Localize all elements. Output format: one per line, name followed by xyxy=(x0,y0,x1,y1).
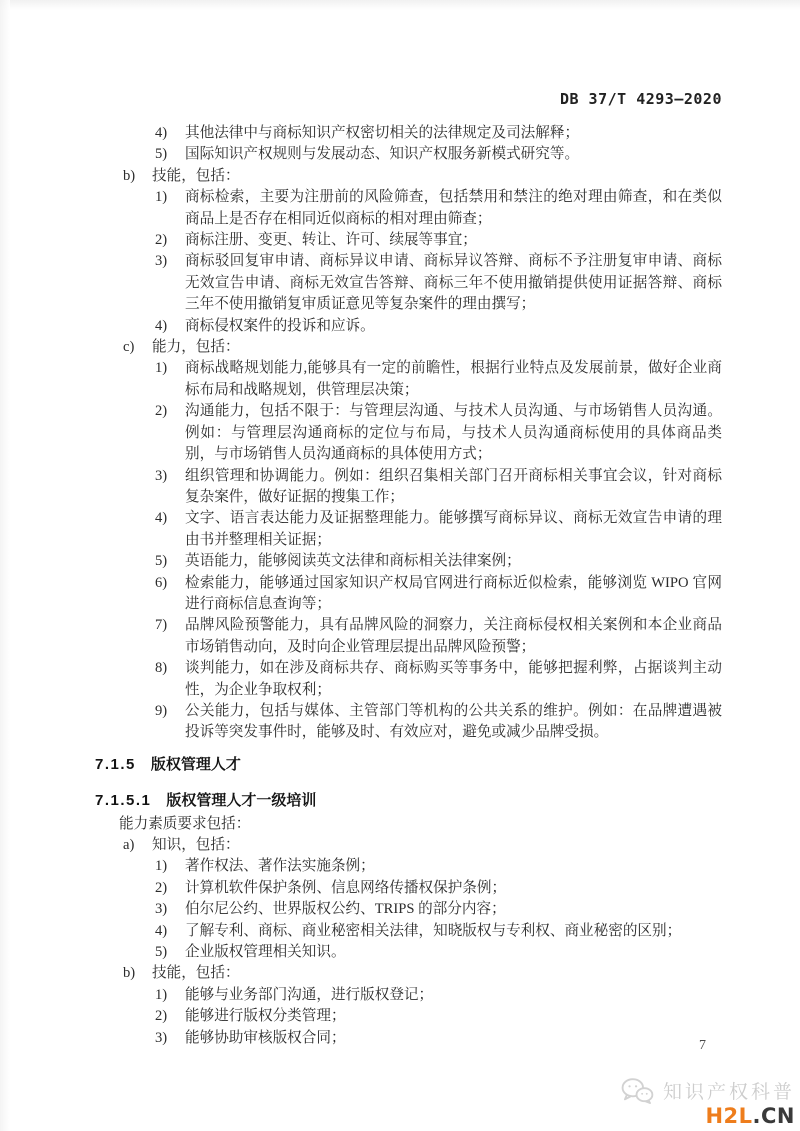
item-text: 组织管理和协调能力。例如：组织召集相关部门召开商标相关事宜会议，针对商标复杂案件… xyxy=(185,466,722,509)
list-item: 1)商标检索，主要为注册前的风险筛查，包括禁用和禁注的绝对理由筛查，和在类似商品… xyxy=(95,187,722,230)
list-item: 2)计算机软件保护条例、信息网络传播权保护条例； xyxy=(95,878,722,899)
watermark: 知识产权科普 H2L.CN xyxy=(620,1077,795,1127)
item-label: b) xyxy=(123,166,152,187)
item-label: c) xyxy=(123,337,152,358)
item-label: 2) xyxy=(155,878,185,899)
item-label: 1) xyxy=(155,358,185,401)
scan-edge-top xyxy=(0,0,800,10)
item-label: b) xyxy=(123,963,152,984)
item-text: 能够进行版权分类管理； xyxy=(185,1006,722,1027)
item-label: 8) xyxy=(155,658,185,701)
list-item: 5)国际知识产权规则与发展动态、知识产权服务新模式研究等。 xyxy=(95,144,722,165)
item-text: 技能，包括： xyxy=(152,166,722,187)
item-label: 3) xyxy=(155,251,185,315)
item-text: 谈判能力，如在涉及商标共存、商标购买等事务中，能够把握利弊，占据谈判主动性，为企… xyxy=(185,658,722,701)
item-text: 著作权法、著作法实施条例； xyxy=(185,856,722,877)
section-title: 版权管理人才 xyxy=(151,756,241,773)
document-page: DB 37/T 4293—2020 4)其他法律中与商标知识产权密切相关的法律规… xyxy=(0,0,800,1131)
list-item: 7)品牌风险预警能力，具有品牌风险的洞察力，关注商标侵权相关案例和本企业商品市场… xyxy=(95,615,722,658)
item-label: 2) xyxy=(155,401,185,465)
item-text: 商标侵权案件的投诉和应诉。 xyxy=(185,316,722,337)
section-number: 7.1.5.1 xyxy=(95,792,151,809)
item-text: 企业版权管理相关知识。 xyxy=(185,942,722,963)
section-heading: 7.1.5.1版权管理人才一级培训 xyxy=(95,790,722,811)
wechat-icon xyxy=(620,1077,654,1104)
item-text: 检索能力，能够通过国家知识产权局官网进行商标近似检索，能够浏览 WIPO 官网进… xyxy=(185,573,722,616)
list-item: 3)商标驳回复审申请、商标异议申请、商标异议答辩、商标不予注册复审申请、商标无效… xyxy=(95,251,722,315)
list-item: 6)检索能力，能够通过国家知识产权局官网进行商标近似检索，能够浏览 WIPO 官… xyxy=(95,573,722,616)
list-item: 3)伯尔尼公约、世界版权公约、TRIPS 的部分内容； xyxy=(95,899,722,920)
list-item: 5)企业版权管理相关知识。 xyxy=(95,942,722,963)
list-item: 8)谈判能力，如在涉及商标共存、商标购买等事务中，能够把握利弊，占据谈判主动性，… xyxy=(95,658,722,701)
item-text: 能力，包括： xyxy=(152,337,722,358)
brand-suffix: .CN xyxy=(753,1104,795,1128)
list-item: 4)了解专利、商标、商业秘密相关法律，知晓版权与专利权、商业秘密的区别； xyxy=(95,921,722,942)
item-text: 知识，包括： xyxy=(152,835,722,856)
list-item: a)知识，包括： xyxy=(95,835,722,856)
item-label: 6) xyxy=(155,573,185,616)
item-text: 国际知识产权规则与发展动态、知识产权服务新模式研究等。 xyxy=(185,144,722,165)
item-label: 2) xyxy=(155,230,185,251)
section-number: 7.1.5 xyxy=(95,756,136,773)
list-item: 2)沟通能力，包括不限于：与管理层沟通、与技术人员沟通、与市场销售人员沟通。例如… xyxy=(95,401,722,465)
item-text: 能够与业务部门沟通，进行版权登记； xyxy=(185,985,722,1006)
watermark-row: 知识产权科普 xyxy=(620,1077,795,1104)
scan-edge-left xyxy=(0,0,10,1131)
item-label: 4) xyxy=(155,316,185,337)
list-item: 3)组织管理和协调能力。例如：组织召集相关部门召开商标相关事宜会议，针对商标复杂… xyxy=(95,466,722,509)
item-label: 3) xyxy=(155,1028,185,1049)
item-text: 伯尔尼公约、世界版权公约、TRIPS 的部分内容； xyxy=(185,899,722,920)
list-item: 9)公关能力，包括与媒体、主管部门等机构的公共关系的维护。例如：在品牌遭遇被投诉… xyxy=(95,701,722,744)
list-item: b)技能，包括： xyxy=(95,963,722,984)
paragraph: 能力素质要求包括： xyxy=(95,814,722,835)
item-text: 英语能力，能够阅读英文法律和商标相关法律案例； xyxy=(185,551,722,572)
item-label: 9) xyxy=(155,701,185,744)
item-label: 3) xyxy=(155,899,185,920)
list-item: c)能力，包括： xyxy=(95,337,722,358)
list-item: b)技能，包括： xyxy=(95,166,722,187)
document-code: DB 37/T 4293—2020 xyxy=(560,90,722,108)
list-item: 2)商标注册、变更、转让、许可、续展等事宜； xyxy=(95,230,722,251)
item-label: 5) xyxy=(155,144,185,165)
list-item: 2)能够进行版权分类管理； xyxy=(95,1006,722,1027)
item-text: 品牌风险预警能力，具有品牌风险的洞察力，关注商标侵权相关案例和本企业商品市场销售… xyxy=(185,615,722,658)
list-item: 1)著作权法、著作法实施条例； xyxy=(95,856,722,877)
list-item: 4)其他法律中与商标知识产权密切相关的法律规定及司法解释； xyxy=(95,123,722,144)
page-number: 7 xyxy=(699,1038,706,1054)
brand-name: H2L xyxy=(705,1104,752,1128)
item-text: 了解专利、商标、商业秘密相关法律，知晓版权与专利权、商业秘密的区别； xyxy=(185,921,722,942)
item-text: 技能，包括： xyxy=(152,963,722,984)
list-item: 1)能够与业务部门沟通，进行版权登记； xyxy=(95,985,722,1006)
item-text: 其他法律中与商标知识产权密切相关的法律规定及司法解释； xyxy=(185,123,722,144)
item-label: 7) xyxy=(155,615,185,658)
item-label: 4) xyxy=(155,921,185,942)
item-text: 商标检索，主要为注册前的风险筛查，包括禁用和禁注的绝对理由筛查，和在类似商品上是… xyxy=(185,187,722,230)
item-text: 文字、语言表达能力及证据整理能力。能够撰写商标异议、商标无效宣告申请的理由书并整… xyxy=(185,508,722,551)
item-label: 4) xyxy=(155,123,185,144)
watermark-brand: H2L.CN xyxy=(620,1105,795,1127)
list-item: 3)能够协助审核版权合同； xyxy=(95,1028,722,1049)
item-label: 3) xyxy=(155,466,185,509)
item-label: 1) xyxy=(155,856,185,877)
item-text: 商标驳回复审申请、商标异议申请、商标异议答辩、商标不予注册复审申请、商标无效宣告… xyxy=(185,251,722,315)
item-label: 5) xyxy=(155,942,185,963)
item-label: a) xyxy=(123,835,152,856)
item-label: 4) xyxy=(155,508,185,551)
item-text: 沟通能力，包括不限于：与管理层沟通、与技术人员沟通、与市场销售人员沟通。例如：与… xyxy=(185,401,722,465)
list-item: 5)英语能力，能够阅读英文法律和商标相关法律案例； xyxy=(95,551,722,572)
item-text: 能够协助审核版权合同； xyxy=(185,1028,722,1049)
item-label: 1) xyxy=(155,187,185,230)
item-text: 商标注册、变更、转让、许可、续展等事宜； xyxy=(185,230,722,251)
document-body: 4)其他法律中与商标知识产权密切相关的法律规定及司法解释；5)国际知识产权规则与… xyxy=(95,123,722,1049)
item-text: 商标战略规划能力,能够具有一定的前瞻性，根据行业特点及发展前景，做好企业商标布局… xyxy=(185,358,722,401)
item-label: 1) xyxy=(155,985,185,1006)
item-text: 计算机软件保护条例、信息网络传播权保护条例； xyxy=(185,878,722,899)
list-item: 4)商标侵权案件的投诉和应诉。 xyxy=(95,316,722,337)
item-text: 公关能力，包括与媒体、主管部门等机构的公共关系的维护。例如：在品牌遭遇被投诉等突… xyxy=(185,701,722,744)
item-label: 2) xyxy=(155,1006,185,1027)
list-item: 4)文字、语言表达能力及证据整理能力。能够撰写商标异议、商标无效宣告申请的理由书… xyxy=(95,508,722,551)
section-title: 版权管理人才一级培训 xyxy=(166,792,316,809)
list-item: 1)商标战略规划能力,能够具有一定的前瞻性，根据行业特点及发展前景，做好企业商标… xyxy=(95,358,722,401)
watermark-label: 知识产权科普 xyxy=(663,1077,795,1104)
section-heading: 7.1.5版权管理人才 xyxy=(95,754,722,775)
item-label: 5) xyxy=(155,551,185,572)
